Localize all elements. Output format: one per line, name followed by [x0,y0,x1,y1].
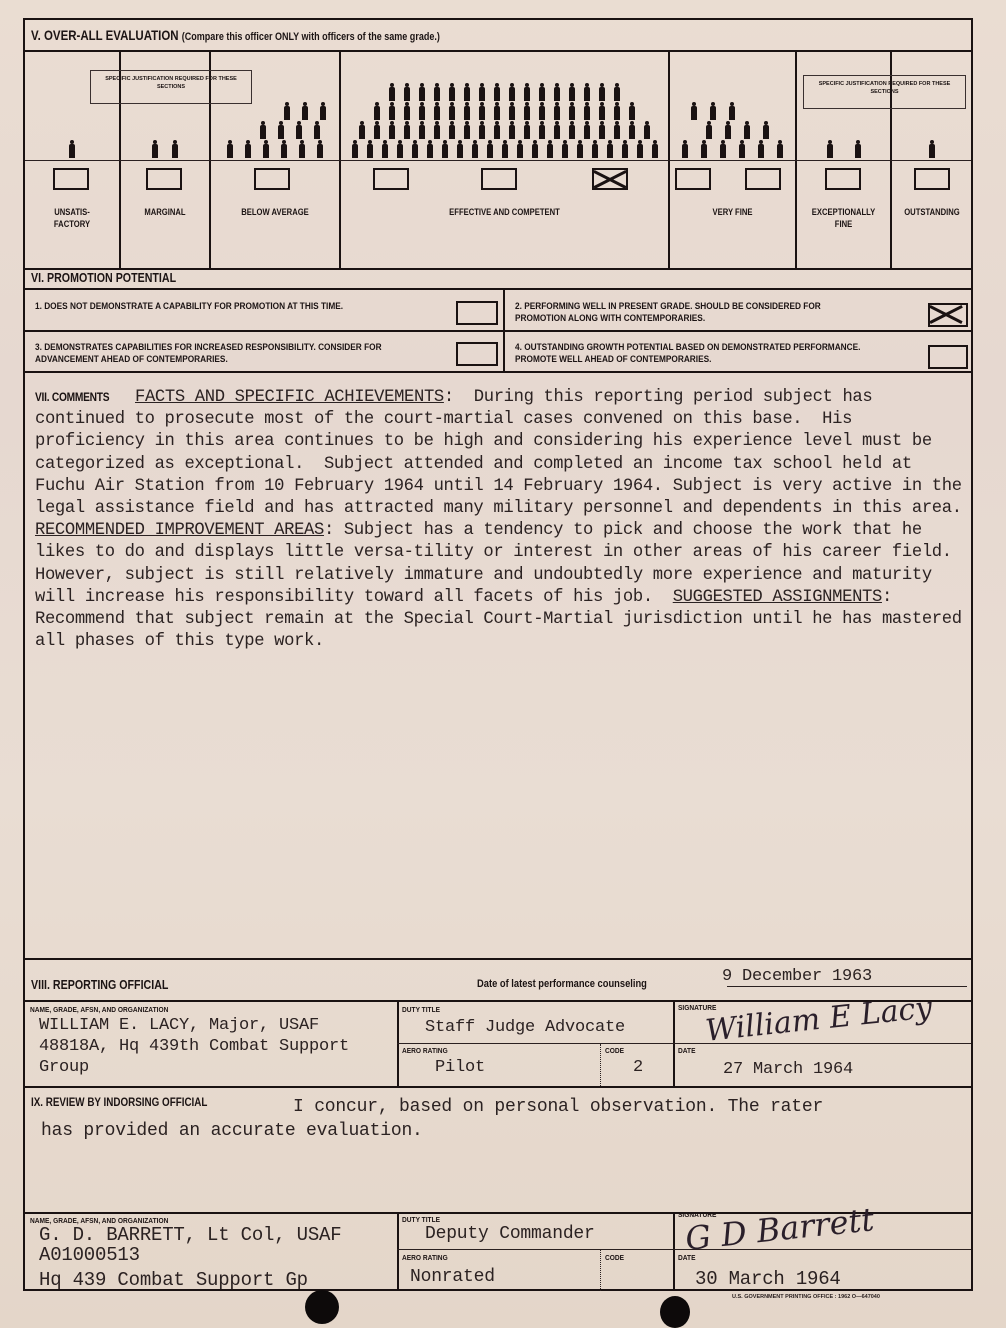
divider [25,1086,971,1088]
promotion-option-3-checkbox[interactable] [456,342,498,366]
section-vii-title: VII. COMMENTS [35,386,120,408]
rating-below-average-checkbox[interactable] [254,168,290,190]
rating-effective-2-checkbox[interactable] [481,168,517,190]
rating-unsatisfactory-checkbox[interactable] [53,168,89,190]
rating-very-fine-2-checkbox[interactable] [745,168,781,190]
divider [668,50,670,268]
indorsing-name-line-3: Hq 439 Combat Support Gp [39,1269,308,1291]
counseling-label: Date of latest performance counseling [477,978,647,990]
rating-exceptionally-fine-checkbox[interactable] [825,168,861,190]
reporting-signature: William E Lacy [704,990,934,1049]
indorsing-date-label: DATE [678,1253,695,1262]
divider [25,958,971,960]
indorsing-duty-title-label: DUTY TITLE [402,1215,440,1224]
counseling-date-underline [727,986,967,987]
indorsing-date: 30 March 1964 [695,1268,841,1290]
reporting-date-label: DATE [678,1046,695,1055]
indorsing-aero-rating: Nonrated [410,1267,495,1287]
indorsing-comment-line-2: has provided an accurate evaluation. [41,1121,423,1141]
divider [600,1250,601,1291]
printer-note: U.S. GOVERNMENT PRINTING OFFICE : 1962 O… [732,1294,880,1300]
section-viii-title: VIII. REPORTING OFFICIAL [31,977,168,992]
category-label: EXCEPTIONALLY FINE [804,206,883,230]
divider [600,1044,601,1086]
promotion-option-4-text: 4. OUTSTANDING GROWTH POTENTIAL BASED ON… [515,341,883,365]
indorsing-name-line-2: A01000513 [39,1244,140,1266]
indorsing-name-line-1: G. D. BARRETT, Lt Col, USAF [39,1224,341,1246]
divider [25,330,971,332]
promotion-option-1-text: 1. DOES NOT DEMONSTRATE A CAPABILITY FOR… [35,300,394,312]
category-label: VERY FINE [679,206,785,218]
section-v-title: V. OVER-ALL EVALUATION (Compare this off… [31,27,440,43]
reporting-code: 2 [633,1058,643,1077]
reporting-signature-label: SIGNATURE [678,1003,716,1012]
divider [397,1212,399,1291]
rating-effective-3-checkbox[interactable] [592,168,628,190]
reporting-date: 27 March 1964 [723,1060,853,1079]
reporting-name-line-1: WILLIAM E. LACY, Major, USAF [39,1016,319,1035]
people-icon [211,80,339,158]
reporting-duty-title: Staff Judge Advocate [425,1018,625,1037]
promotion-option-4-checkbox[interactable] [928,345,968,369]
rating-very-fine-1-checkbox[interactable] [675,168,711,190]
evaluation-form: V. OVER-ALL EVALUATION (Compare this off… [23,18,973,1291]
comments-text: VII. COMMENTSFACTS AND SPECIFIC ACHIEVEM… [35,386,965,653]
people-icon [670,90,795,158]
divider [397,1249,971,1250]
rating-marginal-checkbox[interactable] [146,168,182,190]
divider [25,371,971,373]
section-vi-title: VI. PROMOTION POTENTIAL [31,270,176,285]
comments-heading-assignments: SUGGESTED ASSIGNMENTS [673,588,882,607]
section-ix-title: IX. REVIEW BY INDORSING OFFICIAL [31,1095,207,1109]
divider [25,50,971,52]
divider [673,1212,675,1291]
reporting-aero-rating: Pilot [435,1058,485,1077]
reporting-name-label: NAME, GRADE, AFSN, AND ORGANIZATION [30,1005,168,1014]
comments-body-achievements: : During this reporting period subject h… [35,388,982,518]
category-label: UNSATIS- FACTORY [35,206,108,230]
indorsing-code-label: CODE [605,1253,624,1262]
divider [25,160,971,161]
section-v-subtitle: (Compare this officer ONLY with officers… [182,31,440,43]
rating-outstanding-checkbox[interactable] [914,168,950,190]
reporting-name-line-3: Group [39,1058,89,1077]
comments-heading-achievements: FACTS AND SPECIFIC ACHIEVEMENTS [135,388,444,407]
promotion-option-2-checkbox[interactable] [928,303,968,327]
counseling-date: 9 December 1963 [722,967,872,986]
indorsing-aero-rating-label: AERO RATING [402,1253,448,1262]
promotion-option-2-text: 2. PERFORMING WELL IN PRESENT GRADE. SHO… [515,300,874,324]
people-icon [797,120,890,158]
people-icon [341,60,668,158]
comments-heading-improvement: RECOMMENDED IMPROVEMENT AREAS [35,521,324,540]
divider [397,1043,971,1044]
reporting-duty-title-label: DUTY TITLE [402,1005,440,1014]
reporting-code-label: CODE [605,1046,624,1055]
promotion-option-3-text: 3. DEMONSTRATES CAPABILITIES FOR INCREAS… [35,341,403,365]
category-label: BELOW AVERAGE [221,206,330,218]
punch-hole [660,1296,690,1328]
category-label: OUTSTANDING [894,206,971,218]
people-icon [121,120,209,158]
reporting-aero-rating-label: AERO RATING [402,1046,448,1055]
rating-effective-1-checkbox[interactable] [373,168,409,190]
category-label: MARGINAL [128,206,203,218]
people-icon [25,120,119,158]
reporting-name-line-2: 48818A, Hq 439th Combat Support [39,1037,349,1056]
punch-hole [305,1290,339,1324]
promotion-option-1-checkbox[interactable] [456,301,498,325]
section-v-title-text: V. OVER-ALL EVALUATION [31,27,179,43]
indorsing-duty-title: Deputy Commander [425,1224,595,1244]
indorsing-comment-line-1: I concur, based on personal observation.… [293,1097,823,1117]
justification-note-right: SPECIFIC JUSTIFICATION REQUIRED FOR THES… [803,75,966,109]
divider [25,288,971,290]
people-icon [892,120,971,158]
category-label: EFFECTIVE AND COMPETENT [366,206,644,218]
divider [795,50,797,268]
